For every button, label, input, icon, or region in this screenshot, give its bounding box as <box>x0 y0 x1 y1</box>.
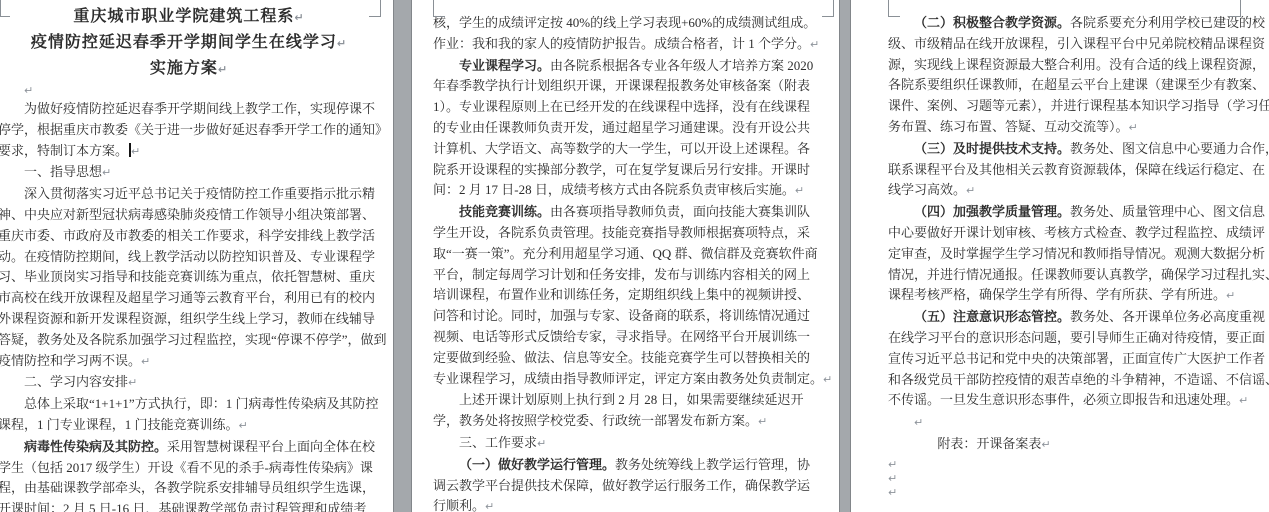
text-line: 源，实现线上课程资源最大整合利用。没有合适的线上课程资源， <box>888 55 1245 76</box>
text-line: 一、指导思想↵ <box>0 162 380 184</box>
text-run: 作业：我和我的家人的疫情防护报告。成绩合格者，计 1 个学分。 <box>433 36 810 51</box>
text-run: 年春季教学执行计划组织开课，开课课程报教务处审核备案（附表 <box>433 78 810 93</box>
text-run: 外课程资源和新开发课程资源，组织学生线上学习，教师在线辅导 <box>0 311 375 326</box>
text-run: 一、指导思想 <box>24 164 102 179</box>
text-line: 作业：我和我的家人的疫情防护报告。成绩合格者，计 1 个学分。↵ <box>433 34 836 56</box>
text-line: 线学习高效。↵ <box>888 180 1245 202</box>
text-line: 动。在疫情防控期间，线上教学活动以防控知识普及、专业课程学 <box>0 247 380 268</box>
text-line: 课程，1 门专业课程，1 门技能竞赛训练。↵ <box>0 415 380 437</box>
text-line: ↵ <box>0 82 380 99</box>
text-run: 计算机、大学语文、高等数学的大一学生，可以开设上述课程。各 <box>433 141 810 156</box>
text-run: 的专业由任课教师负责开发，通过超星学习通建课。没有开设公共 <box>433 120 810 135</box>
text-run: 疫情防控延迟春季开学期间学生在线学习 <box>31 34 337 51</box>
text-line: 实施方案↵ <box>0 56 380 82</box>
text-run: 教务处统筹线上教学运行管理，协 <box>615 457 810 472</box>
text-run: 二、学习内容安排 <box>24 374 128 389</box>
text-run: 源，实现线上课程资源最大整合利用。没有合适的线上课程资源， <box>888 57 1265 72</box>
text-line: 技能竞赛训练。由各赛项指导教师负责，面向技能大赛集训队 <box>433 202 836 223</box>
document-page-2[interactable]: 核，学生的成绩评定按 40%的线上学习表现+60%的成绩测试组成。作业：我和我的… <box>411 0 840 512</box>
text-line: 课件、案例、习题等元素），并进行课程基本知识学习指导（学习任 <box>888 96 1245 117</box>
document-page-1[interactable]: 重庆城市职业学院建筑工程系↵疫情防控延迟春季开学期间学生在线学习↵实施方案↵↵为… <box>0 0 394 512</box>
text-boundary-mark <box>888 16 900 17</box>
text-line: 行顺利。↵ <box>433 496 836 512</box>
text-run: 总体上采取“1+1+1”方式执行，即：1 门病毒性传染病及其防控 <box>24 396 378 411</box>
text-run: 疫情防控和学习两不误。 <box>0 353 141 368</box>
paragraph-mark-icon: ↵ <box>128 376 137 389</box>
text-line: 间：2 月 17 日-28 日，成绩考核方式由各院系负责审核后实施。↵ <box>433 180 836 202</box>
text-run: 为做好疫情防控延迟春季开学期间线上教学工作，实现停课不 <box>24 101 375 116</box>
text-run: 上述开课计划原则上执行到 2 月 28 日，如果需要继续延迟开 <box>459 392 804 407</box>
text-line: 要求，特制订本方案。↵ <box>0 141 380 163</box>
text-run: 平台，制定每周学习计划和任务安排，发布与训练内容相关的网上 <box>433 267 810 282</box>
text-line: 调云教学平台提供技术保障，做好教学运行服务工作，确保教学运 <box>433 476 836 497</box>
text-run: 重庆城市职业学院建筑工程系 <box>73 8 294 25</box>
text-line: 开课时间：2 月 5 日-16 日，基础课教学部负责过程管理和成绩考 <box>0 499 380 512</box>
text-line: 神、中央应对新型冠状病毒感染肺炎疫情工作领导小组决策部署、 <box>0 205 380 226</box>
text-run: 课件、案例、习题等元素），并进行课程基本知识学习指导（学习任 <box>888 98 1269 113</box>
text-run: 培训课程，布置作业和训练任务，定期组织线上集中的视频讲授、 <box>433 287 810 302</box>
text-line: 年春季教学执行计划组织开课，开课课程报教务处审核备案（附表 <box>433 76 836 97</box>
text-boundary-mark <box>0 16 10 17</box>
text-run: 深入贯彻落实习近平总书记关于疫情防控工作重要指示批示精 <box>24 186 375 201</box>
text-run: 级、市级精品在线开放课程，引入课程平台中兄弟院校精品课程资 <box>888 36 1265 51</box>
text-boundary-mark <box>433 0 434 17</box>
text-boundary-mark <box>1240 0 1241 17</box>
text-line: 院系开设课程的实操部分教学，可在复学复课后另行安排。开课时 <box>433 160 836 181</box>
text-run: 神、中央应对新型冠状病毒感染肺炎疫情工作领导小组决策部署、 <box>0 207 375 222</box>
text-boundary-mark <box>1229 16 1241 17</box>
text-boundary-mark <box>0 0 1 17</box>
text-run: 不传谣。一旦发生意识形态事件，必须立即报告和迅速处理。 <box>888 392 1239 407</box>
text-run: 课程，1 门专业课程，1 门技能竞赛训练。 <box>0 417 239 432</box>
text-run: 学生（包括 2017 级学生）开设《看不见的杀手-病毒性传染病》课 <box>0 460 373 475</box>
text-line: 总体上采取“1+1+1”方式执行，即：1 门病毒性传染病及其防控 <box>0 394 380 415</box>
text-line: 计算机、大学语文、高等数学的大一学生，可以开设上述课程。各 <box>433 139 836 160</box>
paragraph-mark-icon: ↵ <box>966 184 975 197</box>
body-block: 核，学生的成绩评定按 40%的线上学习表现+60%的成绩测试组成。作业：我和我的… <box>433 13 836 512</box>
text-line: ↵ <box>888 412 1245 434</box>
text-run: 附表：开课备案表 <box>937 436 1041 451</box>
text-run: 要求，特制订本方案。 <box>0 143 128 158</box>
text-line: 答疑，教务处及各院系加强学习过程监控，实现“停课不停学”，做到 <box>0 330 380 351</box>
text-run: 停学，根据重庆市教委《关于进一步做好延迟春季开学工作的通知》 <box>0 122 388 137</box>
text-line: 疫情防控和学习两不误。↵ <box>0 351 380 373</box>
text-line: 学生（包括 2017 级学生）开设《看不见的杀手-病毒性传染病》课 <box>0 458 380 479</box>
body-block: ↵为做好疫情防控延迟春季开学期间线上教学工作，实现停课不停学，根据重庆市教委《关… <box>0 82 380 512</box>
text-run: （一）做好教学运行管理。 <box>459 457 615 472</box>
page-3-text: （二）积极整合教学资源。各院系要充分利用学校已建设的校级、市级精品在线开放课程，… <box>888 13 1245 501</box>
text-line: 核，学生的成绩评定按 40%的线上学习表现+60%的成绩测试组成。 <box>433 13 836 34</box>
text-line: 上述开课计划原则上执行到 2 月 28 日，如果需要继续延迟开 <box>433 390 836 411</box>
text-line: 的专业由任课教师负责开发，通过超星学习通建课。没有开设公共 <box>433 118 836 139</box>
paragraph-mark-icon: ↵ <box>1129 121 1138 134</box>
text-run: 专业课程学习，成绩由指导教师评定，评定方案由教务处负责制定。 <box>433 371 823 386</box>
paragraph-mark-icon: ↵ <box>823 373 832 386</box>
text-run: 务布置、练习布置、答疑、互动交流等）。 <box>888 119 1129 134</box>
text-run: 间：2 月 17 日-28 日，成绩考核方式由各院系负责审核后实施。 <box>433 182 795 197</box>
text-line: 视频、电话等形式反馈给专家，寻求指导。在网络平台开展训练一 <box>433 327 836 348</box>
text-run: 院系开设课程的实操部分教学，可在复学复课后另行安排。开课时 <box>433 162 810 177</box>
text-run: 线学习高效。 <box>888 182 966 197</box>
text-line: 中心要做好开课计划审核、考核方式检查、教学过程监控、成绩评 <box>888 223 1245 244</box>
text-run: 联系课程平台及其他相关云教育资源载体，保障在线运行稳定、在 <box>888 162 1265 177</box>
text-run: 取“一赛一策”。充分利用超星学习通、QQ 群、微信群及竞赛软件商 <box>433 246 818 261</box>
text-run: 定审查，及时掌握学生学习情况和教师指导情况。观测大数据分析 <box>888 246 1265 261</box>
text-run: 程，由基础课教学部牵头，各教学院系安排辅导员组织学生选课， <box>0 480 375 495</box>
page-1-text: 重庆城市职业学院建筑工程系↵疫情防控延迟春季开学期间学生在线学习↵实施方案↵↵为… <box>0 4 380 512</box>
text-line: 三、工作要求↵ <box>433 433 836 455</box>
text-run: 各院系要充分利用学校已建设的校 <box>1070 15 1265 30</box>
text-line: ↵ <box>888 486 1245 501</box>
text-line: 平台，制定每周学习计划和任务安排，发布与训练内容相关的网上 <box>433 265 836 286</box>
text-boundary-mark <box>380 0 381 17</box>
text-line: 习、毕业顶岗实习指导和技能竞赛训练为重点，依托智慧树、重庆 <box>0 267 380 288</box>
text-line: 情况，并进行情况通报。任课教师要认真教学，确保学习过程扎实、 <box>888 265 1245 286</box>
text-run: 由各院系根据各专业各年级人才培养方案 2020 <box>550 58 813 73</box>
paragraph-mark-icon: ↵ <box>537 437 546 450</box>
text-line: 联系课程平台及其他相关云教育资源载体，保障在线运行稳定、在 <box>888 160 1245 181</box>
text-run: 由各赛项指导教师负责，面向技能大赛集训队 <box>550 204 810 219</box>
text-run: （三）及时提供技术支持。 <box>914 141 1070 156</box>
text-run: 教务处、质量管理中心、图文信息 <box>1070 204 1265 219</box>
paragraph-mark-icon: ↵ <box>102 166 111 179</box>
text-line: 专业课程学习。由各院系根据各专业各年级人才培养方案 2020 <box>433 56 836 77</box>
text-run: 情况，并进行情况通报。任课教师要认真教学，确保学习过程扎实、 <box>888 267 1269 282</box>
text-run: 核，学生的成绩评定按 40%的线上学习表现+60%的成绩测试组成。 <box>433 15 816 30</box>
paragraph-mark-icon: ↵ <box>131 145 140 158</box>
text-line: 市高校在线开放课程及超星学习通等云教育平台，利用已有的校内 <box>0 288 380 309</box>
paragraph-mark-icon: ↵ <box>888 472 897 485</box>
paragraph-mark-icon: ↵ <box>795 184 804 197</box>
text-line: 重庆市委、市政府及市教委的相关工作要求，科学安排线上教学活 <box>0 226 380 247</box>
text-run: 技能竞赛训练。 <box>459 204 550 219</box>
paragraph-mark-icon: ↵ <box>218 63 228 76</box>
text-run: 课程考核严格，确保学生学有所得、学有所获、学有所进。 <box>888 287 1226 302</box>
text-line: 学，教务处将按照学校党委、行政统一部署发布新方案。↵ <box>433 411 836 433</box>
text-run: （五）注意意识形态管控。 <box>914 309 1070 324</box>
text-run: 定要做到经验、做法、信息等安全。技能竞赛学生可以替换相关的 <box>433 350 810 365</box>
title-block: 重庆城市职业学院建筑工程系↵疫情防控延迟春季开学期间学生在线学习↵实施方案↵ <box>0 4 380 82</box>
text-line: 二、学习内容安排↵ <box>0 372 380 394</box>
text-line: 病毒性传染病及其防控。采用智慧树课程平台上面向全体在校 <box>0 437 380 458</box>
paragraph-mark-icon: ↵ <box>1239 394 1248 407</box>
text-line: 级、市级精品在线开放课程，引入课程平台中兄弟院校精品课程资 <box>888 34 1245 55</box>
text-run: （二）积极整合教学资源。 <box>914 15 1070 30</box>
text-boundary-mark <box>822 16 834 17</box>
paragraph-mark-icon: ↵ <box>914 416 923 429</box>
text-run: 病毒性传染病及其防控。 <box>24 439 167 454</box>
text-run: 三、工作要求 <box>459 435 537 450</box>
text-run: 学，教务处将按照学校党委、行政统一部署发布新方案。 <box>433 413 758 428</box>
text-run: 重庆市委、市政府及市教委的相关工作要求，科学安排线上教学活 <box>0 228 375 243</box>
paragraph-mark-icon: ↵ <box>24 84 33 97</box>
text-run: 行顺利。 <box>433 498 485 512</box>
text-line: （一）做好教学运行管理。教务处统筹线上教学运行管理，协 <box>433 455 836 476</box>
text-line: 宣传习近平总书记和党中央的决策部署，正面宣传广大医护工作者 <box>888 349 1245 370</box>
text-line: 培训课程，布置作业和训练任务，定期组织线上集中的视频讲授、 <box>433 285 836 306</box>
text-line: 和各级党员干部防控疫情的艰苦卓绝的斗争精神，不造谣、不信谣、 <box>888 370 1245 391</box>
text-run: 市高校在线开放课程及超星学习通等云教育平台，利用已有的校内 <box>0 290 375 305</box>
text-line: 各院系要组织任课教师，在超星云平台上建课（建课至少有教案、 <box>888 75 1245 96</box>
paragraph-mark-icon: ↵ <box>888 458 897 471</box>
text-run: 问答和讨论。同时，加强与专家、设备商的联系，将训练情况通过 <box>433 308 810 323</box>
text-line: （五）注意意识形态管控。教务处、各开课单位务必高度重视 <box>888 307 1245 328</box>
text-boundary-mark <box>369 16 381 17</box>
text-line: 重庆城市职业学院建筑工程系↵ <box>0 4 380 30</box>
text-line: 专业课程学习，成绩由指导教师评定，评定方案由教务处负责制定。↵ <box>433 369 836 391</box>
text-line: 定要做到经验、做法、信息等安全。技能竞赛学生可以替换相关的 <box>433 348 836 369</box>
paragraph-mark-icon: ↵ <box>294 11 304 24</box>
text-run: 采用智慧树课程平台上面向全体在校 <box>167 439 375 454</box>
text-line: （四）加强教学质量管理。教务处、质量管理中心、图文信息 <box>888 202 1245 223</box>
text-line: 深入贯彻落实习近平总书记关于疫情防控工作重要指示批示精 <box>0 184 380 205</box>
text-run: 教务处、各开课单位务必高度重视 <box>1070 309 1265 324</box>
text-line: ↵ <box>888 472 1245 487</box>
text-line: 外课程资源和新开发课程资源，组织学生线上学习，教师在线辅导 <box>0 309 380 330</box>
text-line: （二）积极整合教学资源。各院系要充分利用学校已建设的校 <box>888 13 1245 34</box>
page-2-text: 核，学生的成绩评定按 40%的线上学习表现+60%的成绩测试组成。作业：我和我的… <box>433 13 836 512</box>
text-line: 程，由基础课教学部牵头，各教学院系安排辅导员组织学生选课， <box>0 478 380 499</box>
paragraph-mark-icon: ↵ <box>141 355 150 368</box>
text-line: 停学，根据重庆市教委《关于进一步做好延迟春季开学工作的通知》 <box>0 120 380 141</box>
document-page-3[interactable]: （二）积极整合教学资源。各院系要充分利用学校已建设的校级、市级精品在线开放课程，… <box>850 0 1269 512</box>
text-run: 开课时间：2 月 5 日-16 日，基础课教学部负责过程管理和成绩考 <box>0 501 366 512</box>
word-document-canvas: { "document": { "app_context": "word-pri… <box>0 0 1269 512</box>
text-run: 专业课程学习。 <box>459 58 550 73</box>
text-line: （三）及时提供技术支持。教务处、图文信息中心要通力合作， <box>888 139 1245 160</box>
text-run: （四）加强教学质量管理。 <box>914 204 1070 219</box>
text-boundary-mark <box>833 0 834 17</box>
text-run: 1）。专业课程原则上在已经开发的在线课程中选择，没有在线课程 <box>433 99 810 114</box>
text-run: 视频、电话等形式反馈给专家，寻求指导。在网络平台开展训练一 <box>433 329 810 344</box>
text-run: 调云教学平台提供技术保障，做好教学运行服务工作，确保教学运 <box>433 478 810 493</box>
text-run: 实施方案 <box>150 60 218 77</box>
text-run: 动。在疫情防控期间，线上教学活动以防控知识普及、专业课程学 <box>0 249 375 264</box>
text-run: 中心要做好开课计划审核、考核方式检查、教学过程监控、成绩评 <box>888 225 1265 240</box>
text-run: 在线学习平台的意识形态问题，要引导师生正确对待疫情，要正面 <box>888 330 1265 345</box>
text-line: 定审查，及时掌握学生学习情况和教师指导情况。观测大数据分析 <box>888 244 1245 265</box>
text-line: 疫情防控延迟春季开学期间学生在线学习↵ <box>0 30 380 56</box>
paragraph-mark-icon: ↵ <box>810 38 819 51</box>
text-line: ↵ <box>888 456 1245 472</box>
text-line: 为做好疫情防控延迟春季开学期间线上教学工作，实现停课不 <box>0 99 380 120</box>
text-line: 课程考核严格，确保学生学有所得、学有所获、学有所进。↵ <box>888 285 1245 307</box>
text-run: 学生开设，各院系负责管理。技能竞赛指导教师根据赛项特点，采 <box>433 225 810 240</box>
paragraph-mark-icon: ↵ <box>239 419 248 432</box>
paragraph-mark-icon: ↵ <box>485 500 494 512</box>
text-run: 习、毕业顶岗实习指导和技能竞赛训练为重点，依托智慧树、重庆 <box>0 269 375 284</box>
text-line: 取“一赛一策”。充分利用超星学习通、QQ 群、微信群及竞赛软件商 <box>433 244 836 265</box>
text-line: 1）。专业课程原则上在已经开发的在线课程中选择，没有在线课程 <box>433 97 836 118</box>
body-block: （二）积极整合教学资源。各院系要充分利用学校已建设的校级、市级精品在线开放课程，… <box>888 13 1245 501</box>
paragraph-mark-icon: ↵ <box>1226 289 1235 302</box>
text-run: 和各级党员干部防控疫情的艰苦卓绝的斗争精神，不造谣、不信谣、 <box>888 372 1269 387</box>
text-run: 各院系要组织任课教师，在超星云平台上建课（建课至少有教案、 <box>888 77 1265 92</box>
paragraph-mark-icon: ↵ <box>758 415 767 428</box>
text-line: 问答和讨论。同时，加强与专家、设备商的联系，将训练情况通过 <box>433 306 836 327</box>
text-run: 答疑，教务处及各院系加强学习过程监控，实现“停课不停学”，做到 <box>0 332 387 347</box>
text-run: 宣传习近平总书记和党中央的决策部署，正面宣传广大医护工作者 <box>888 351 1265 366</box>
text-line: 学生开设，各院系负责管理。技能竞赛指导教师根据赛项特点，采 <box>433 223 836 244</box>
text-line: 在线学习平台的意识形态问题，要引导师生正确对待疫情，要正面 <box>888 328 1245 349</box>
text-boundary-mark <box>433 16 445 17</box>
text-run: 教务处、图文信息中心要通力合作， <box>1070 141 1269 156</box>
text-line: 不传谣。一旦发生意识形态事件，必须立即报告和迅速处理。↵ <box>888 390 1245 412</box>
paragraph-mark-icon: ↵ <box>888 486 897 499</box>
text-line: 附表：开课备案表↵ <box>888 434 1245 456</box>
text-boundary-mark <box>888 0 889 17</box>
paragraph-mark-icon: ↵ <box>337 37 347 50</box>
text-line: 务布置、练习布置、答疑、互动交流等）。↵ <box>888 117 1245 139</box>
paragraph-mark-icon: ↵ <box>1041 438 1050 451</box>
